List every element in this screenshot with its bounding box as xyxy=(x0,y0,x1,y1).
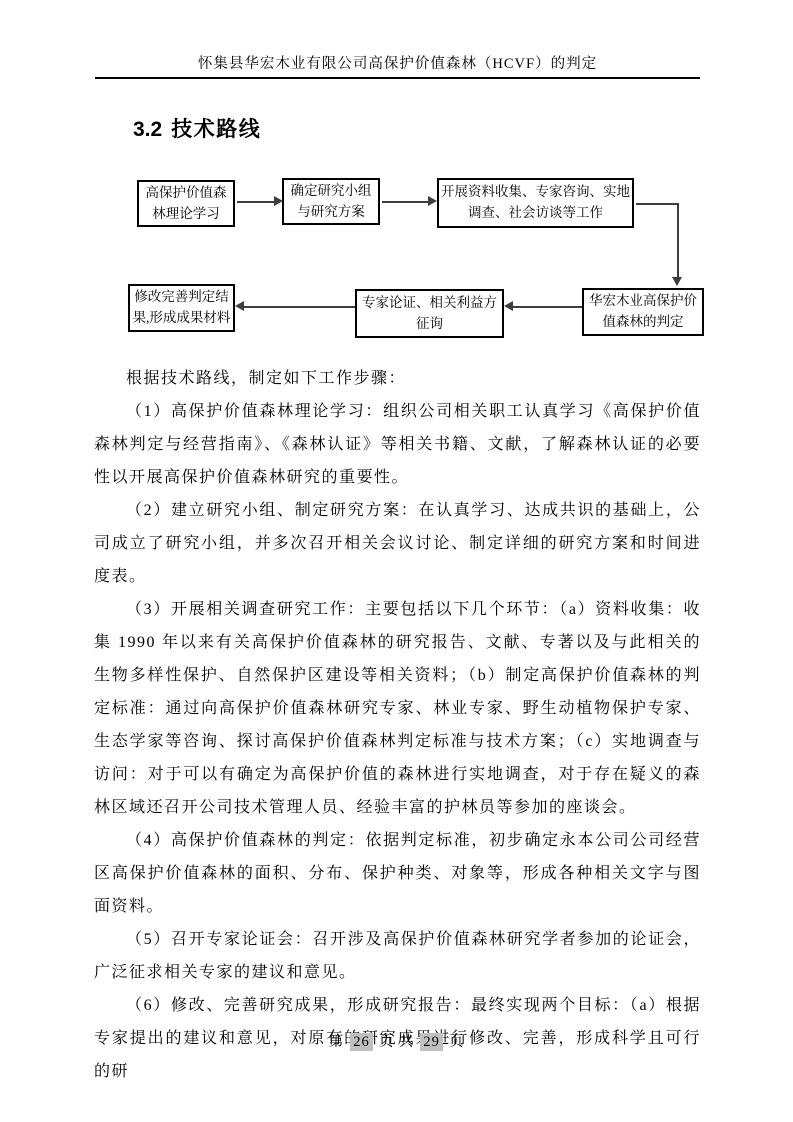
paragraph-step3: （3）开展相关调查研究工作：主要包括以下几个环节：（a）资料收集：收集 1990… xyxy=(94,593,701,824)
paragraph-step5: （5）召开专家论证会：召开涉及高保护价值森林研究学者参加的论证会，广泛征求相关专… xyxy=(94,923,701,989)
technical-route-flowchart: 高保护价值森 林理论学习 确定研究小组 与研究方案 开展资料收集、专家咨询、实地… xyxy=(0,0,793,360)
arrow-consultation-to-revise xyxy=(244,306,355,308)
document-page: 怀集县华宏木业有限公司高保护价值森林（HCVF）的判定 3.2技术路线 高保护价… xyxy=(0,0,793,1122)
footer-mid-label: 页 共 xyxy=(379,1034,415,1050)
arrow-determination-to-consultation xyxy=(513,306,582,308)
connector-collection-to-determination-horizontal xyxy=(636,203,679,205)
paragraph-step4: （4）高保护价值森林的判定：依据判定标准，初步确定永本公司公司经营区高保护价值森… xyxy=(94,824,701,923)
flowchart-step-expert-consultation: 专家论证、相关利益方 征询 xyxy=(355,289,504,338)
footer-page-number-field: 26 xyxy=(350,1033,373,1051)
paragraph-step2: （2）建立研究小组、制定研究方案：在认真学习、达成共识的基础上，公司成立了研究小… xyxy=(94,494,701,593)
paragraph-step1: （1）高保护价值森林理论学习：组织公司相关职工认真学习《高保护价值森林判定与经营… xyxy=(94,395,701,494)
footer-suffix: 页 xyxy=(449,1034,465,1050)
paragraph-intro: 根据技术路线，制定如下工作步骤： xyxy=(94,362,701,395)
connector-collection-to-determination-vertical xyxy=(677,203,679,278)
flowchart-step-revise-results: 修改完善判定结 果,形成成果材料 xyxy=(128,284,235,332)
arrowhead-left-icon xyxy=(504,301,513,311)
arrowhead-left-icon xyxy=(235,301,244,311)
arrowhead-right-icon xyxy=(428,196,437,206)
arrow-theory-to-team xyxy=(237,201,275,203)
page-footer: 第26页 共29页 xyxy=(0,1030,793,1051)
flowchart-step-hcvf-determination: 华宏木业高保护价 值森林的判定 xyxy=(582,288,704,336)
flowchart-step-theory-study: 高保护价值森 林理论学习 xyxy=(137,180,235,227)
footer-total-pages-field: 29 xyxy=(420,1033,443,1051)
arrowhead-right-icon xyxy=(274,196,283,206)
footer-prefix: 第 xyxy=(329,1034,345,1050)
arrowhead-down-icon xyxy=(672,277,682,286)
arrow-team-to-collection xyxy=(382,201,429,203)
body-text: 根据技术路线，制定如下工作步骤： （1）高保护价值森林理论学习：组织公司相关职工… xyxy=(94,362,701,1088)
flowchart-step-data-collection: 开展资料收集、专家咨询、实地 调查、社会访谈等工作 xyxy=(437,178,634,228)
flowchart-step-research-team: 确定研究小组 与研究方案 xyxy=(282,178,380,225)
